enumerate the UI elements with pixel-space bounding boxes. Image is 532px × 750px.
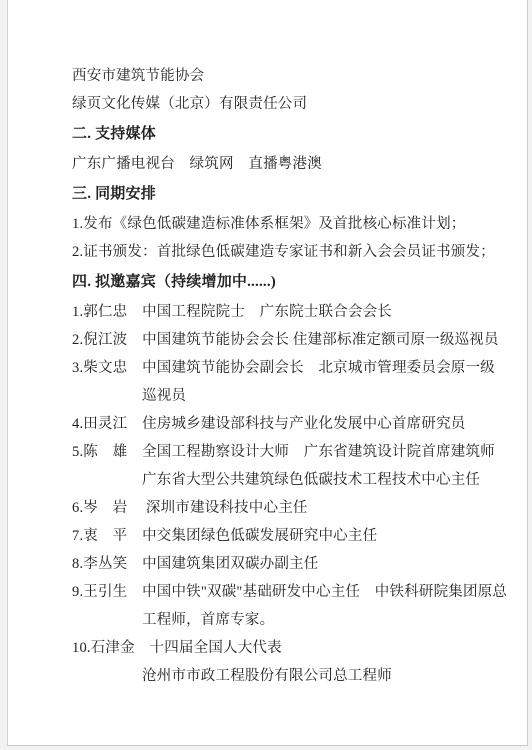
guest-item: 9.王引生 中国中铁"双碳"基础研发中心主任 中铁科研院集团原总 — [72, 578, 497, 606]
schedule-item: 2.证书颁发：首批绿色低碳建造专家证书和新入会会员证书颁发； — [72, 238, 497, 266]
guest-item: 1.郭仁忠 中国工程院院士 广东院士联合会会长 — [72, 298, 497, 326]
guest-item: 2.倪江波 中国建筑节能协会会长 住建部标准定额司原一级巡视员 — [72, 326, 497, 354]
guest-item-continuation: 巡视员 — [72, 382, 497, 410]
document-viewport: 西安市建筑节能协会 绿页文化传媒（北京）有限责任公司 二. 支持媒体 广东广播电… — [0, 0, 532, 750]
section-heading-guests: 四. 拟邀嘉宾（持续增加中......) — [72, 268, 497, 296]
guest-item: 10.石津金 十四届全国人大代表 — [72, 634, 497, 662]
section-heading-media: 二. 支持媒体 — [72, 120, 497, 148]
media-list: 广东广播电视台 绿筑网 直播粤港澳 — [72, 150, 497, 178]
guest-item: 8.李丛笑 中国建筑集团双碳办副主任 — [72, 550, 497, 578]
guest-item: 5.陈 雄 全国工程勘察设计大师 广东省建筑设计院首席建筑师 — [72, 438, 497, 466]
section-heading-schedule: 三. 同期安排 — [72, 180, 497, 208]
guest-item-continuation: 沧州市市政工程股份有限公司总工程师 — [72, 662, 497, 690]
organizer-name: 绿页文化传媒（北京）有限责任公司 — [72, 90, 497, 118]
guest-item: 7.衷 平 中交集团绿色低碳发展研究中心主任 — [72, 522, 497, 550]
guest-item-continuation: 广东省大型公共建筑绿色低碳技术工程技术中心主任 — [72, 466, 497, 494]
schedule-item: 1.发布《绿色低碳建造标准体系框架》及首批核心标准计划； — [72, 210, 497, 238]
organizer-name: 西安市建筑节能协会 — [72, 62, 497, 90]
document-page: 西安市建筑节能协会 绿页文化传媒（北京）有限责任公司 二. 支持媒体 广东广播电… — [7, 0, 528, 746]
guest-item: 4.田灵江 住房城乡建设部科技与产业化发展中心首席研究员 — [72, 410, 497, 438]
document-content: 西安市建筑节能协会 绿页文化传媒（北京）有限责任公司 二. 支持媒体 广东广播电… — [8, 0, 527, 690]
guest-item: 3.柴文忠 中国建筑节能协会副会长 北京城市管理委员会原一级 — [72, 354, 497, 382]
guest-item: 6.岑 岩 深圳市建设科技中心主任 — [72, 494, 497, 522]
guest-item-continuation: 工程师，首席专家。 — [72, 606, 497, 634]
